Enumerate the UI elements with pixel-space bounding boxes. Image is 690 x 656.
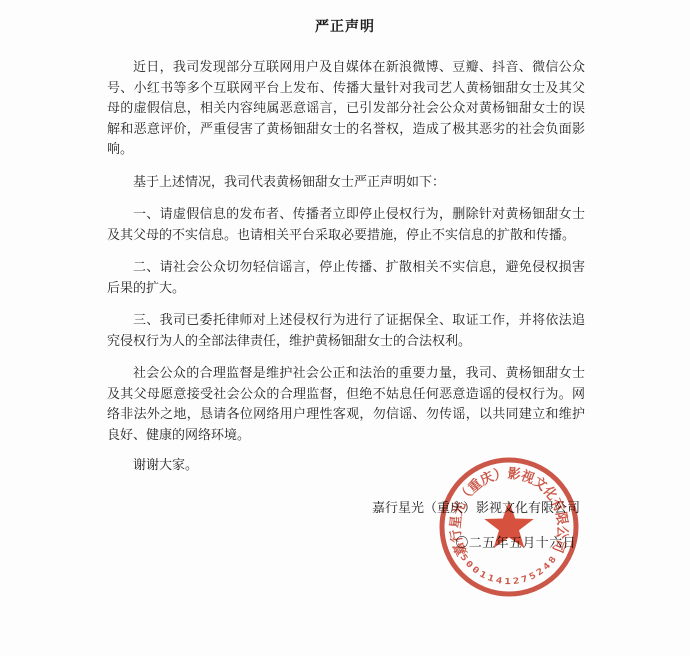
- document-title: 严正声明: [0, 0, 690, 36]
- paragraph-thanks: 谢谢大家。: [107, 455, 585, 476]
- document-body: 近日，我司发现部分互联网用户及自媒体在新浪微博、豆瓣、抖音、微信公众号、小红书等…: [0, 36, 690, 476]
- signature-block: 嘉行星光（重庆）影视文化有限公司 〇二五年五月十六日: [0, 498, 690, 553]
- seal-serial-number: 5001141275248: [458, 552, 561, 587]
- statement-document-page: 严正声明 近日，我司发现部分互联网用户及自媒体在新浪微博、豆瓣、抖音、微信公众号…: [0, 0, 690, 656]
- paragraph-intro: 近日，我司发现部分互联网用户及自媒体在新浪微博、豆瓣、抖音、微信公众号、小红书等…: [107, 57, 585, 160]
- statement-item-1: 一、请虚假信息的发布者、传播者立即停止侵权行为，删除针对黄杨钿甜女士及其父母的不…: [107, 204, 585, 245]
- statement-item-3: 三、我司已委托律师对上述侵权行为进行了证据保全、取证工作，并将依法追究侵权行为人…: [107, 310, 585, 351]
- statement-item-2: 二、请社会公众切勿轻信谣言，停止传播、扩散相关不实信息，避免侵权损害后果的扩大。: [107, 257, 585, 298]
- signature-date: 〇二五年五月十六日: [0, 533, 690, 554]
- paragraph-closing: 社会公众的合理监督是维护社会公正和法治的重要力量，我司、黄杨钿甜女士及其父母愿意…: [107, 363, 585, 445]
- signature-company-name: 嘉行星光（重庆）影视文化有限公司: [0, 498, 690, 519]
- paragraph-lead-in: 基于上述情况，我司代表黄杨钿甜女士严正声明如下：: [107, 172, 585, 193]
